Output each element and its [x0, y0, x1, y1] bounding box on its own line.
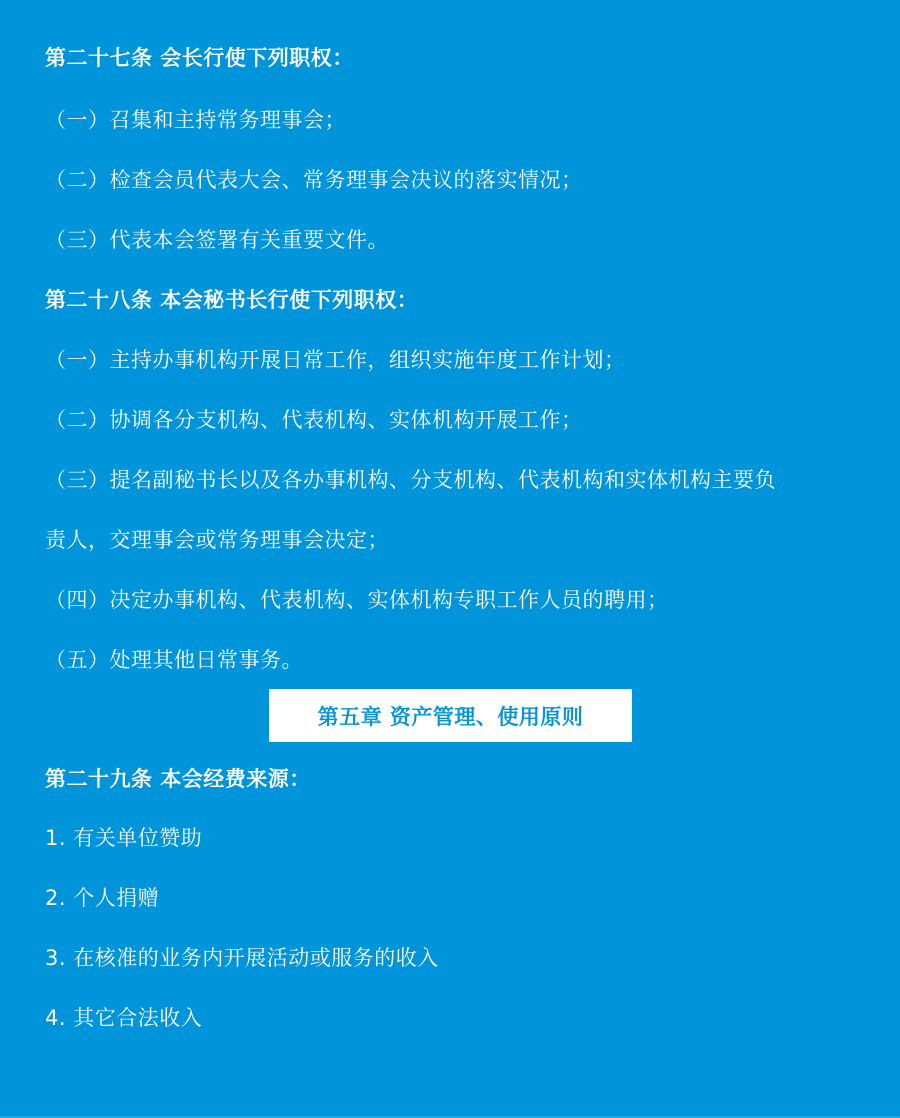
article-27-item-3: （三）代表本会签署有关重要文件。 — [45, 225, 389, 255]
article-28-item-4: （四）决定办事机构、代表机构、实体机构专职工作人员的聘用； — [45, 585, 669, 615]
article-27-title: 第二十七条 会长行使下列职权： — [45, 43, 354, 73]
article-29-item-2: 2. 个人捐赠 — [45, 883, 159, 913]
chapter-5-title: 第五章 资产管理、使用原则 — [318, 701, 584, 731]
article-29-item-4: 4. 其它合法收入 — [45, 1003, 202, 1033]
article-28-item-5: （五）处理其他日常事务。 — [45, 645, 303, 675]
article-28-item-1: （一）主持办事机构开展日常工作，组织实施年度工作计划； — [45, 345, 626, 375]
article-29-item-3: 3. 在核准的业务内开展活动或服务的收入 — [45, 943, 439, 973]
article-29-item-1: 1. 有关单位赞助 — [45, 823, 202, 853]
article-28-item-3-continued: 责人，交理事会或常务理事会决定； — [45, 525, 389, 555]
chapter-heading-box: 第五章 资产管理、使用原则 — [269, 689, 632, 742]
article-28-title: 第二十八条 本会秘书长行使下列职权： — [45, 285, 418, 315]
article-29-title: 第二十九条 本会经费来源： — [45, 764, 311, 794]
article-27-item-1: （一）召集和主持常务理事会； — [45, 105, 346, 135]
article-27-item-2: （二）检查会员代表大会、常务理事会决议的落实情况； — [45, 165, 583, 195]
article-28-item-2: （二）协调各分支机构、代表机构、实体机构开展工作； — [45, 405, 583, 435]
article-28-item-3: （三）提名副秘书长以及各办事机构、分支机构、代表机构和实体机构主要负 — [45, 465, 776, 495]
